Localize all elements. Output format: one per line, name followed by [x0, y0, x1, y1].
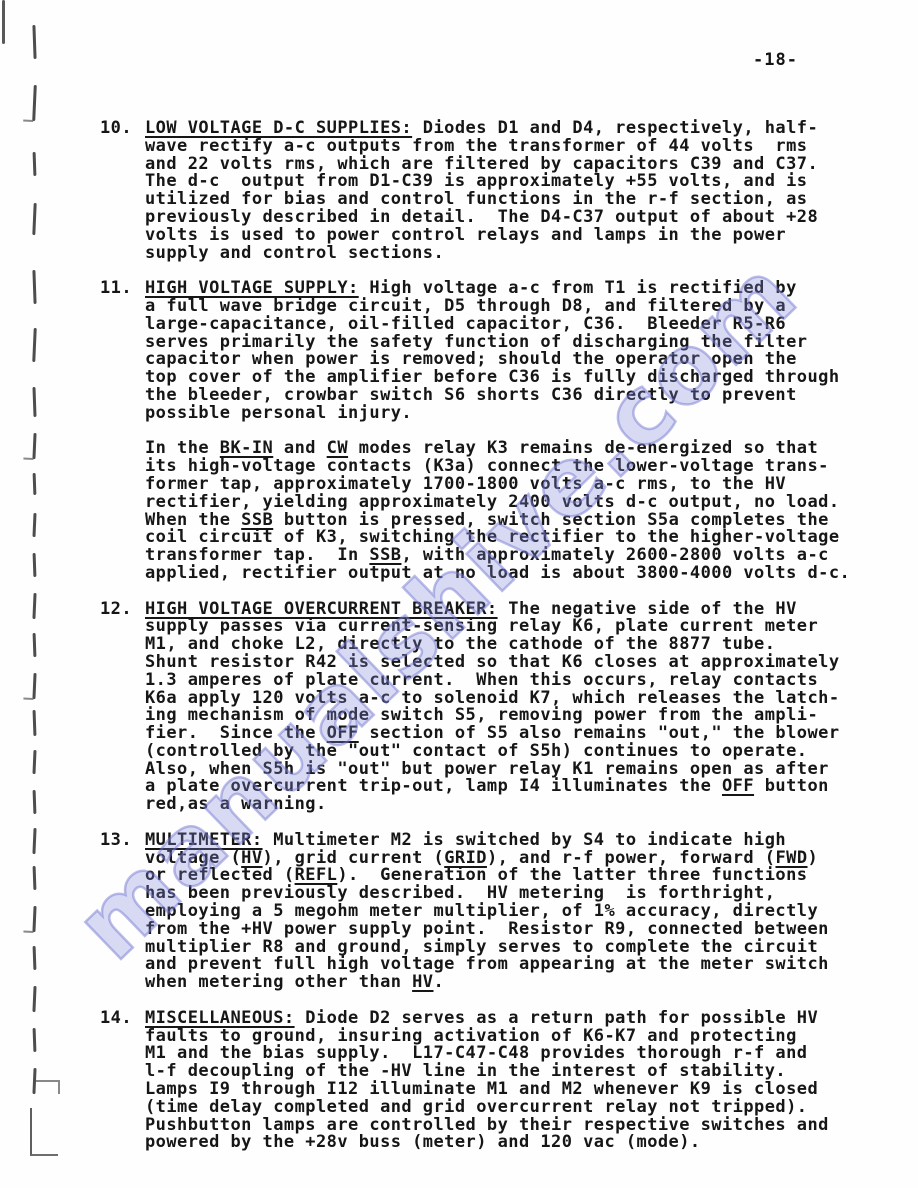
scan-artifact: [32, 270, 36, 304]
scan-artifact-bracket: [30, 1108, 58, 1156]
section-number: 11.: [100, 280, 132, 298]
document-body: 10.LOW VOLTAGE D-C SUPPLIES: Diodes D1 a…: [100, 120, 890, 1170]
text-line: when metering other than HV.: [145, 974, 890, 992]
scanned-manual-page: -18- 10.LOW VOLTAGE D-C SUPPLIES: Diodes…: [0, 0, 918, 1188]
scan-artifact: [33, 790, 36, 814]
section-miscellaneous: 14.MISCELLANEOUS: Diode D2 serves as a r…: [100, 1010, 890, 1152]
text-line: possible personal injury.: [145, 405, 890, 423]
text-line: applied, rectifier output at no load is …: [145, 565, 890, 583]
scan-artifact: [32, 906, 36, 932]
section-high-voltage-supply: 11.HIGH VOLTAGE SUPPLY: High voltage a-c…: [100, 280, 890, 583]
scan-artifact: [32, 593, 36, 619]
scan-artifact: [33, 866, 36, 890]
scan-artifact: [32, 387, 36, 417]
paragraph: HIGH VOLTAGE SUPPLY: High voltage a-c fr…: [145, 280, 890, 422]
scan-artifact: [32, 328, 36, 362]
scan-artifact: [32, 828, 36, 854]
scan-artifact: [33, 152, 36, 176]
scan-artifact: [32, 433, 36, 459]
section-number: 13.: [100, 832, 132, 850]
scan-artifact: [33, 553, 36, 577]
scan-artifact: [32, 986, 36, 1012]
section-high-voltage-overcurrent-breaker: 12.HIGH VOLTAGE OVERCURRENT BREAKER: The…: [100, 601, 890, 815]
paragraph: LOW VOLTAGE D-C SUPPLIES: Diodes D1 and …: [145, 120, 890, 262]
section-number: 14.: [100, 1010, 132, 1028]
text-line: powered by the +28v buss (meter) and 120…: [145, 1134, 890, 1152]
scan-artifact: [33, 946, 36, 970]
paragraph: MULTIMETER: Multimeter M2 is switched by…: [145, 832, 890, 992]
scan-artifact: [33, 1028, 36, 1052]
scan-artifact: [33, 633, 36, 657]
scan-artifact: [33, 710, 36, 736]
paragraph: HIGH VOLTAGE OVERCURRENT BREAKER: The ne…: [145, 601, 890, 815]
section-low-voltage-dc-supplies: 10.LOW VOLTAGE D-C SUPPLIES: Diodes D1 a…: [100, 120, 890, 262]
page-number: -18-: [753, 50, 798, 70]
paragraph: In the BK-IN and CW modes relay K3 remai…: [145, 440, 890, 582]
scan-artifact: [32, 513, 36, 537]
scan-artifact: [32, 750, 36, 774]
paragraph: MISCELLANEOUS: Diode D2 serves as a retu…: [145, 1010, 890, 1152]
scan-artifact: [32, 85, 36, 121]
scan-artifact: [32, 25, 36, 59]
scan-artifact-corner: [2, 0, 5, 44]
text-line: red,as a warning.: [145, 796, 890, 814]
section-multimeter: 13.MULTIMETER: Multimeter M2 is switched…: [100, 832, 890, 992]
scan-artifact: [32, 203, 36, 235]
scan-artifact: [33, 473, 36, 495]
scan-artifact: [32, 673, 36, 699]
scan-artifact-tick: [36, 1080, 60, 1094]
section-number: 12.: [100, 601, 132, 619]
text-line: supply and control sections.: [145, 245, 890, 263]
section-number: 10.: [100, 120, 132, 138]
